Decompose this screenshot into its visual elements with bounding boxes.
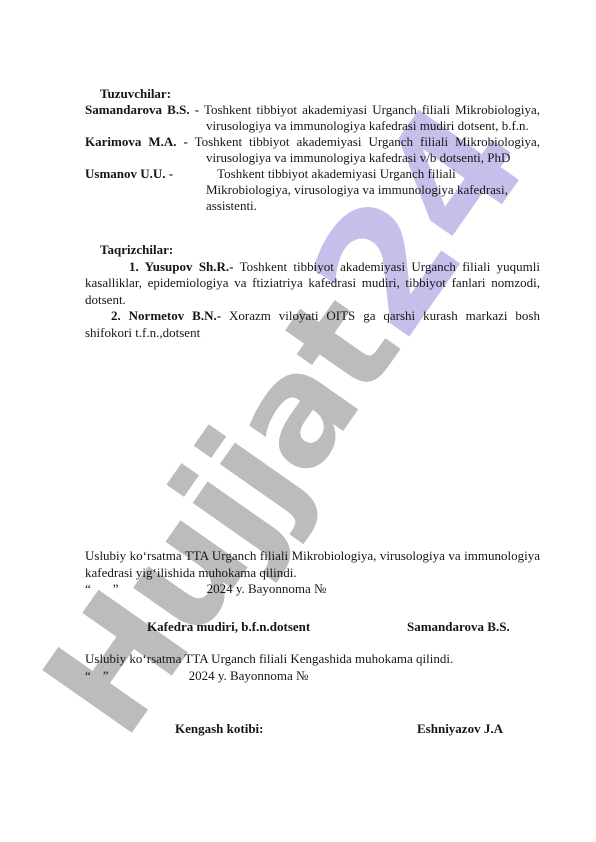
compiler-name: Karimova M.A. - (85, 134, 188, 149)
quote-close: ” (113, 581, 119, 596)
signature-role: Kengash kotibi: (175, 721, 264, 737)
reviewer-name: 2. Normetov B.N.- (111, 308, 221, 323)
date-protocol-line: “”2024 y. Bayonnoma № (85, 668, 540, 685)
document-content: Tuzuvchilar: Samandarova B.S. - Toshkent… (0, 0, 596, 842)
quote-open: “ (85, 668, 91, 683)
signature-row-department: Kafedra mudiri, b.f.n.dotsent Samandarov… (85, 619, 540, 637)
reviewers-heading: Taqrizchilar: (85, 242, 540, 259)
council-discussion-text: Uslubiy ko‘rsatma TTA Urganch filiali Ke… (85, 651, 540, 668)
reviewer-entry: 2. Normetov B.N.- Xorazm viloyati OITS g… (85, 308, 540, 341)
compilers-heading: Tuzuvchilar: (85, 86, 540, 102)
compiler-entry-line: assistenti. (85, 198, 540, 214)
date-protocol-text: 2024 y. Bayonnoma № (189, 668, 309, 683)
compiler-entry-line: Karimova M.A. - Toshkent tibbiyot akadem… (85, 134, 540, 150)
compiler-name: Usmanov U.U. - (85, 166, 173, 181)
compiler-affiliation: Toshkent tibbiyot akademiyasi Urganch fi… (195, 134, 540, 149)
compiler-entry-line: Usmanov U.U. -Toshkent tibbiyot akademiy… (85, 166, 540, 182)
signature-role: Kafedra mudiri, b.f.n.dotsent (147, 619, 310, 635)
signature-row-council: Kengash kotibi: Eshniyazov J.A (85, 721, 540, 739)
signature-name: Eshniyazov J.A (417, 721, 503, 737)
compiler-entry-line: Mikrobiologiya, virusologiya va immunolo… (85, 182, 540, 198)
compiler-entry-line: virusologiya va immunologiya kafedrasi v… (85, 150, 540, 166)
department-discussion-section: Uslubiy ko‘rsatma TTA Urganch filiali Mi… (85, 548, 540, 598)
compiler-entry-line: Samandarova B.S. - Toshkent tibbiyot aka… (85, 102, 540, 118)
date-protocol-text: 2024 y. Bayonnoma № (207, 581, 327, 596)
compiler-name: Samandarova B.S. - (85, 102, 199, 117)
document-page: Hujjat24 Tuzuvchilar: Samandarova B.S. -… (0, 0, 596, 842)
quote-open: “ (85, 581, 91, 596)
signature-name: Samandarova B.S. (407, 619, 510, 635)
reviewer-entry: 1. Yusupov Sh.R.- Toshkent tibbiyot akad… (85, 259, 540, 309)
compiler-affiliation: Toshkent tibbiyot akademiyasi Urganch fi… (204, 102, 540, 117)
compiler-affiliation: Toshkent tibbiyot akademiyasi Urganch fi… (217, 166, 456, 181)
council-discussion-section: Uslubiy ko‘rsatma TTA Urganch filiali Ke… (85, 651, 540, 684)
compilers-section: Tuzuvchilar: Samandarova B.S. - Toshkent… (85, 86, 540, 214)
reviewers-section: Taqrizchilar: 1. Yusupov Sh.R.- Toshkent… (85, 242, 540, 341)
quote-close: ” (103, 668, 109, 683)
compiler-entry-line: virusologiya va immunologiya kafedrasi m… (85, 118, 540, 134)
reviewer-name: 1. Yusupov Sh.R.- (129, 259, 234, 274)
date-protocol-line: “”2024 y. Bayonnoma № (85, 581, 540, 598)
department-discussion-text: Uslubiy ko‘rsatma TTA Urganch filiali Mi… (85, 548, 540, 581)
